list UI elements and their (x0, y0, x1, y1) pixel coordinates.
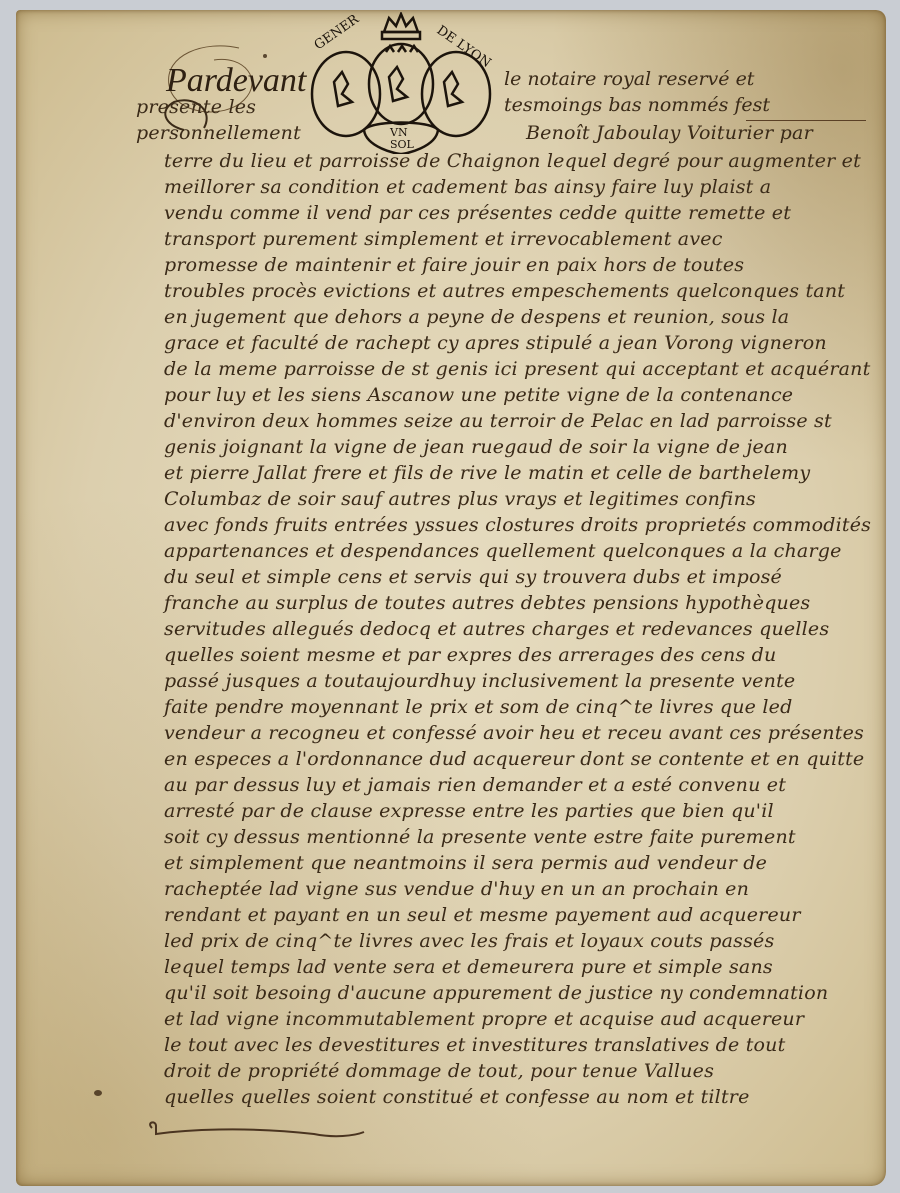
stamp-crest-icon: GENER DE LYON VN SOL (286, 12, 516, 154)
text-line: d'environ deux hommes seize au terroir d… (164, 410, 832, 432)
text-line: rendant et payant en un seul et mesme pa… (164, 904, 801, 926)
text-line: arresté par de clause expresse entre les… (164, 800, 774, 822)
text-line: qu'il soit besoing d'aucune appurement d… (164, 982, 828, 1004)
text-line: terre du lieu et parroisse de Chaignon l… (164, 150, 861, 172)
text-line: meillorer sa condition et cadement bas a… (164, 176, 771, 198)
text-line: quelles soient mesme et par expres des a… (164, 644, 776, 666)
svg-text:GENER: GENER (312, 12, 363, 53)
closing-flourish-icon (144, 1118, 374, 1148)
text-line: pour luy et les siens Ascanow une petite… (164, 384, 793, 406)
text-line: Benoît Jaboulay Voiturier par (526, 122, 813, 144)
royal-tax-stamp: GENER DE LYON VN SOL (286, 12, 516, 154)
text-line: grace et faculté de rachept cy apres sti… (164, 332, 827, 354)
text-line: servitudes allegués dedocq et autres cha… (164, 618, 829, 640)
text-line: vendeur a recogneu et confessé avoir heu… (164, 722, 864, 744)
text-line: vendu comme il vend par ces présentes ce… (164, 202, 791, 224)
text-line: faite pendre moyennant le prix et som de… (164, 696, 792, 718)
text-line: troubles procès evictions et autres empe… (164, 280, 845, 302)
text-line: promesse de maintenir et faire jouir en … (164, 254, 744, 276)
text-line: avec fonds fruits entrées yssues clostur… (164, 514, 871, 536)
text-line: lequel temps lad vente sera et demeurera… (164, 956, 773, 978)
text-line: presente les (136, 96, 256, 118)
text-line: de la meme parroisse de st genis ici pre… (164, 358, 870, 380)
text-line: au par dessus luy et jamais rien demande… (164, 774, 786, 796)
text-line: Columbaz de soir sauf autres plus vrays … (164, 488, 756, 510)
text-line: et simplement que neantmoins il sera per… (164, 852, 767, 874)
header-line-1: le notaire royal reservé et (504, 68, 754, 90)
text-line: franche au surplus de toutes autres debt… (164, 592, 810, 614)
ink-blot (263, 54, 267, 58)
text-line: en jugement que dehors a peyne de despen… (164, 306, 789, 328)
header-rule (746, 120, 866, 121)
ink-blot (94, 1090, 102, 1096)
text-line: transport purement simplement et irrevoc… (164, 228, 723, 250)
text-line: en especes a l'ordonnance dud acquereur … (164, 748, 864, 770)
text-line: le tout avec les devestitures et investi… (164, 1034, 785, 1056)
text-line: et lad vigne incommutablement propre et … (164, 1008, 804, 1030)
text-line: quelles quelles soient constitué et conf… (164, 1086, 750, 1108)
text-line: du seul et simple cens et servis qui sy … (164, 566, 782, 588)
text-line: droit de propriété dommage de tout, pour… (164, 1060, 714, 1082)
text-line: et pierre Jallat frere et fils de rive l… (164, 462, 810, 484)
text-line: appartenances et despendances quellement… (164, 540, 842, 562)
text-line: genis joignant la vigne de jean ruegaud … (164, 436, 788, 458)
text-line: personnellement (136, 122, 301, 144)
text-line: soit cy dessus mentionné la presente ven… (164, 826, 796, 848)
svg-text:DE LYON: DE LYON (434, 23, 494, 71)
text-line: passé jusques a toutaujourdhuy inclusive… (164, 670, 795, 692)
text-line: racheptée lad vigne sus vendue d'huy en … (164, 878, 749, 900)
text-line: led prix de cinq^te livres avec les frai… (164, 930, 774, 952)
header-line-2: tesmoings bas nommés fest (504, 94, 770, 116)
document-page: Pardevant GENER DE LYON VN SOL le notair… (16, 10, 886, 1186)
